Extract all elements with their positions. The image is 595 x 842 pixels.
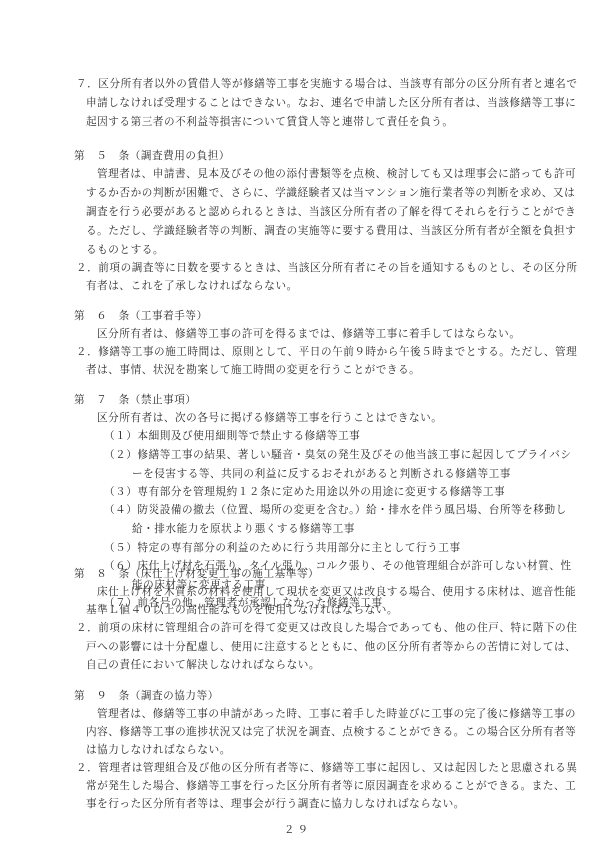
document-page: ７．区分所有者以外の賃借人等が修繕等工事を実施する場合は、当該専有部分の区分所有… xyxy=(0,0,595,842)
para7-line-2: 申請しなければ受理することはできない。なお、連名で申請した区分所有者は、当該修繕… xyxy=(86,96,576,110)
article-7-item-5: （５）特定の専有部分の利益のために行う共用部分に主として行う工事 xyxy=(104,541,461,555)
article-9-line-1: 管理者は、修繕等工事の申請があった時、工事に着手した時並びに工事の完了後に修繕等… xyxy=(97,707,576,721)
article-8-line-1: 床仕上げ材を木質系の材料を使用して現状を変更又は改良する場合、使用する床材は、遮… xyxy=(97,585,576,599)
para7-line-3: 起因する第三者の不利益等損害について賃貸人等と連帯して責任を負う。 xyxy=(86,115,454,129)
article-8-para2-line-1: ２．前項の床材に管理組合の許可を得て変更又は改良した場合であっても、他の住戸、特… xyxy=(76,621,577,635)
para7-line-1: ７．区分所有者以外の賃借人等が修繕等工事を実施する場合は、当該専有部分の区分所有… xyxy=(76,77,577,91)
article-7-item-4-line-2: 給・排水能力を原状より悪くする修繕等工事 xyxy=(132,522,355,536)
article-9-heading: 第 ９ 条（調査の協力等） xyxy=(74,689,219,703)
article-5-line-3: 調査を行う必要があると認められるときは、当該区分所有者の了解を得てそれらを行うこ… xyxy=(86,205,576,219)
page-number: ２９ xyxy=(0,822,595,837)
article-8-para2-line-3: 自己の責任において解決しなければならない。 xyxy=(86,658,320,672)
article-8-para2-line-2: 戸への影響には十分配慮し、使用に注意するとともに、他の区分所有者等からの苦情に対… xyxy=(86,640,576,654)
article-7-heading: 第 ７ 条（禁止事項） xyxy=(74,393,197,407)
article-5-line-5: るものとする。 xyxy=(86,243,164,257)
article-5-heading: 第 ５ 条（調査費用の負担） xyxy=(74,149,230,163)
article-9-line-3: は協力しなければならない。 xyxy=(86,743,231,757)
article-6-heading: 第 ６ 条（工事着手等） xyxy=(74,309,208,323)
article-7-item-1: （１）本細則及び使用細則等で禁止する修繕等工事 xyxy=(104,429,360,443)
article-6-line-1: 区分所有者は、修繕等工事の許可を得るまでは、修繕等工事に着手してはならない。 xyxy=(97,327,520,341)
article-7-item-2-line-2: ーを侵害する等、共同の利益に反するおそれがあると判断される修繕等工事 xyxy=(132,467,511,481)
article-8-heading: 第 ８ 条（床仕上げ材変更工事の施工基準等） xyxy=(74,567,319,581)
article-7-item-2-line-1: （２）修繕等工事の結果、著しい騒音・臭気の発生及びその他当該工事に起因してプライ… xyxy=(104,448,572,462)
article-5-para2-line-1: ２．前項の調査等に日数を要するときは、当該区分所有者にその旨を通知するものとし、… xyxy=(76,261,577,275)
article-8-line-2: 基準Ｌ値４０以上の高性能なものを使用しなければならない。 xyxy=(86,603,398,617)
article-9-para2-line-2: 常が発生した場合、修繕等工事を行った区分所有者等に原因調査を求めることができる。… xyxy=(86,779,576,793)
article-5-line-1: 管理者は、申請書、見本及びその他の添付書類等を点検、検討しても又は理事会に諮って… xyxy=(97,167,576,181)
article-7-item-4-line-1: （４）防災設備の撤去（位置、場所の変更を含む。）給・排水を伴う風呂場、台所等を移… xyxy=(104,503,567,517)
article-9-para2-line-1: ２．管理者は管理組合及び他の区分所有者等に、修繕等工事に起因し、又は起因したと思… xyxy=(76,761,577,775)
article-9-line-2: 内容、修繕等工事の進捗状況又は完了状況を調査、点検することができる。この場合区分… xyxy=(86,725,576,739)
article-7-intro: 区分所有者は、次の各号に掲げる修繕等工事を行うことはできない。 xyxy=(97,411,442,425)
article-5-line-4: る。ただし、学識経験者等の判断、調査の実施等に要する費用は、当該区分所有者が全額… xyxy=(86,224,576,238)
article-6-para2-line-2: 者は、事情、状況を勘案して施工時間の変更を行うことができる。 xyxy=(86,363,420,377)
article-5-para2-line-2: 有者は、これを了承しなければならない。 xyxy=(86,279,298,293)
article-6-para2-line-1: ２．修繕等工事の施工時間は、原則として、平日の午前９時から午後５時までとする。た… xyxy=(76,345,577,359)
article-7-item-3: （３）専有部分を管理規約１２条に定めた用途以外の用途に変更する修繕等工事 xyxy=(104,485,505,499)
article-9-para2-line-3: 事を行った区分所有者等は、理事会が行う調査に協力しなければならない。 xyxy=(86,797,465,811)
article-5-line-2: するか否かの判断が困難で、さらに、学識経験者又は当マンション施行業者等の判断を求… xyxy=(86,186,575,200)
